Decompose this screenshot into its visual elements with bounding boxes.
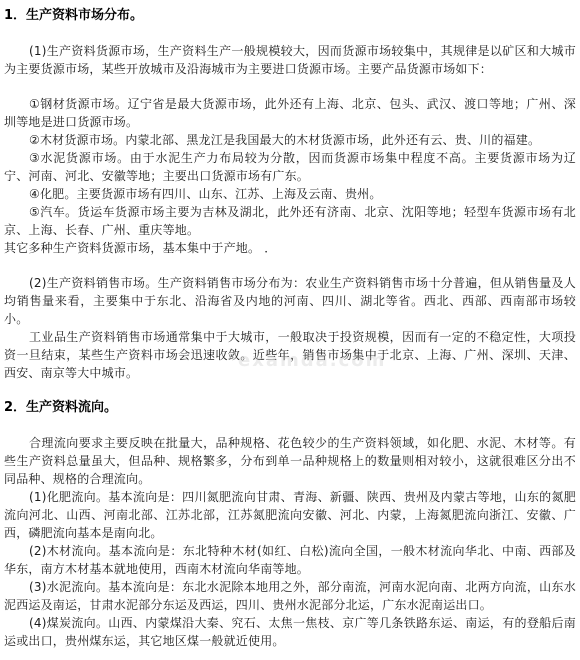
paragraph-timber-flow: (2)木材流向。基本流向是：东北特种木材(如红、白松)流向全国，一般木材流向华北…	[4, 542, 576, 578]
section-2-heading: 2．生产资料流向。	[4, 399, 576, 417]
paragraph-rational-flow-intro: 合理流向要求主要反映在批量大，品种规格、花色较少的生产资料领域，如化肥、水泥、木…	[4, 434, 576, 488]
paragraph-cement-flow: (3)水泥流向。基本流向是：东北水泥除本地用之外，部分南流，河南水泥向南、北两方…	[4, 578, 576, 614]
document-page: 1．生产资料市场分布。 (1)生产资料货源市场，生产资料生产一般规模较大，因而货…	[0, 0, 580, 660]
paragraph-other-supply-markets: 其它多种生产资料货源市场，基本集中于产地。 ．	[4, 239, 576, 257]
paragraph-fertilizer-flow: (1)化肥流向。基本流向是：四川氮肥流向甘肃、青海、新疆、陕西、贵州及内蒙古等地…	[4, 488, 576, 542]
paragraph-cement-supply-market: ③水泥货源市场。由于水泥生产力布局较为分散，因而货源市场集中程度不高。主要货源市…	[4, 149, 576, 185]
paragraph-automobile-supply-market: ⑤汽车。货运车货源市场主要为吉林及湖北，此外还有济南、北京、沈阳等地；轻型车货源…	[4, 203, 576, 239]
section-1-heading: 1．生产资料市场分布。	[4, 7, 576, 25]
paragraph-sales-market-agriculture: (2)生产资料销售市场。生产资料销售市场分布为：农业生产资料销售市场十分普遍，但…	[4, 274, 576, 328]
paragraph-coal-flow: (4)煤炭流向。山西、内蒙煤沿大秦、究石、太焦一焦枝、京广等几条铁路东运、南运，…	[4, 614, 576, 650]
paragraph-supply-market-intro: (1)生产资料货源市场，生产资料生产一般规模较大，因而货源市场较集中，其规律是以…	[4, 42, 576, 78]
paragraph-steel-supply-market: ①钢材货源市场。辽宁省是最大货源市场，此外还有上海、北京、包头、武汉、渡口等地；…	[4, 95, 576, 131]
paragraph-sales-market-industrial: 工业品生产资料销售市场通常集中于大城市，一般取决于投资规模，因而有一定的不稳定性…	[4, 328, 576, 382]
paragraph-timber-supply-market: ②木材货源市场。内蒙北部、黑龙江是我国最大的木材货源市场，此外还有云、贵、川的福…	[4, 131, 576, 149]
paragraph-fertilizer-supply-market: ④化肥。主要货源市场有四川、山东、江苏、上海及云南、贵州。	[4, 185, 576, 203]
